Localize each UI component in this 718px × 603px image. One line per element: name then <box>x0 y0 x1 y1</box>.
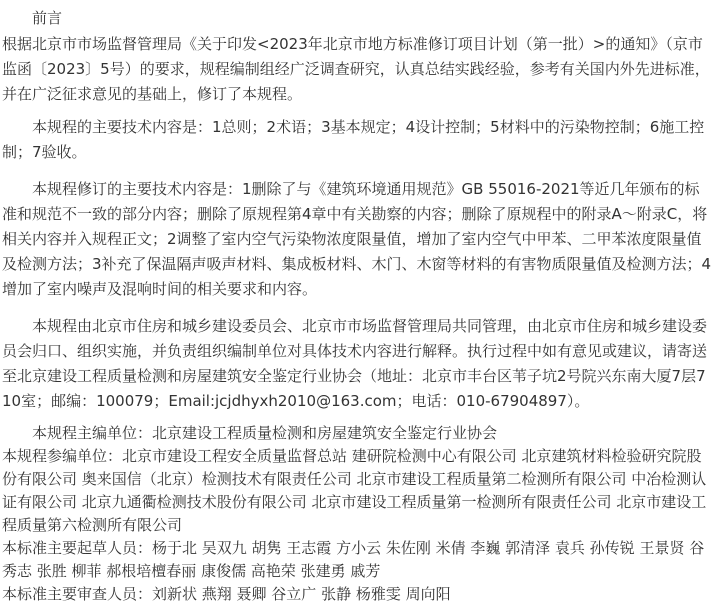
line-main-reviewers: 本标准主要审查人员：刘新状 燕翔 聂卿 谷立广 张静 杨雅雯 周向阳 <box>2 583 714 603</box>
paragraph-main-technical-contents: 本规程的主要技术内容是：1总则；2术语；3基本规定；4设计控制；5材料中的污染物… <box>2 115 714 165</box>
paragraph-revision-basis: 根据北京市市场监督管理局《关于印发<2023年北京市地方标准修订项目计划（第一批… <box>2 32 714 107</box>
line-participating-units: 本规程参编单位：北京市建设工程安全质量监督总站 建研院检测中心有限公司 北京建筑… <box>2 445 714 537</box>
line-main-drafters: 本标准主要起草人员：杨于北 吴双九 胡隽 王志霞 方小云 朱佐刚 米倩 李巍 郭… <box>2 537 714 583</box>
document-title: 前言 <box>2 5 714 31</box>
preface-document: 前言 根据北京市市场监督管理局《关于印发<2023年北京市地方标准修订项目计划（… <box>0 0 718 603</box>
paragraph-management-and-contact: 本规程由北京市住房和城乡建设委员会、北京市市场监督管理局共同管理，由北京市住房和… <box>2 314 714 414</box>
line-chief-editor-unit: 本规程主编单位：北京建设工程质量检测和房屋建筑安全鉴定行业协会 <box>2 422 714 445</box>
paragraph-revision-changes: 本规程修订的主要技术内容是：1删除了与《建筑环境通用规范》GB 55016-20… <box>2 177 714 302</box>
